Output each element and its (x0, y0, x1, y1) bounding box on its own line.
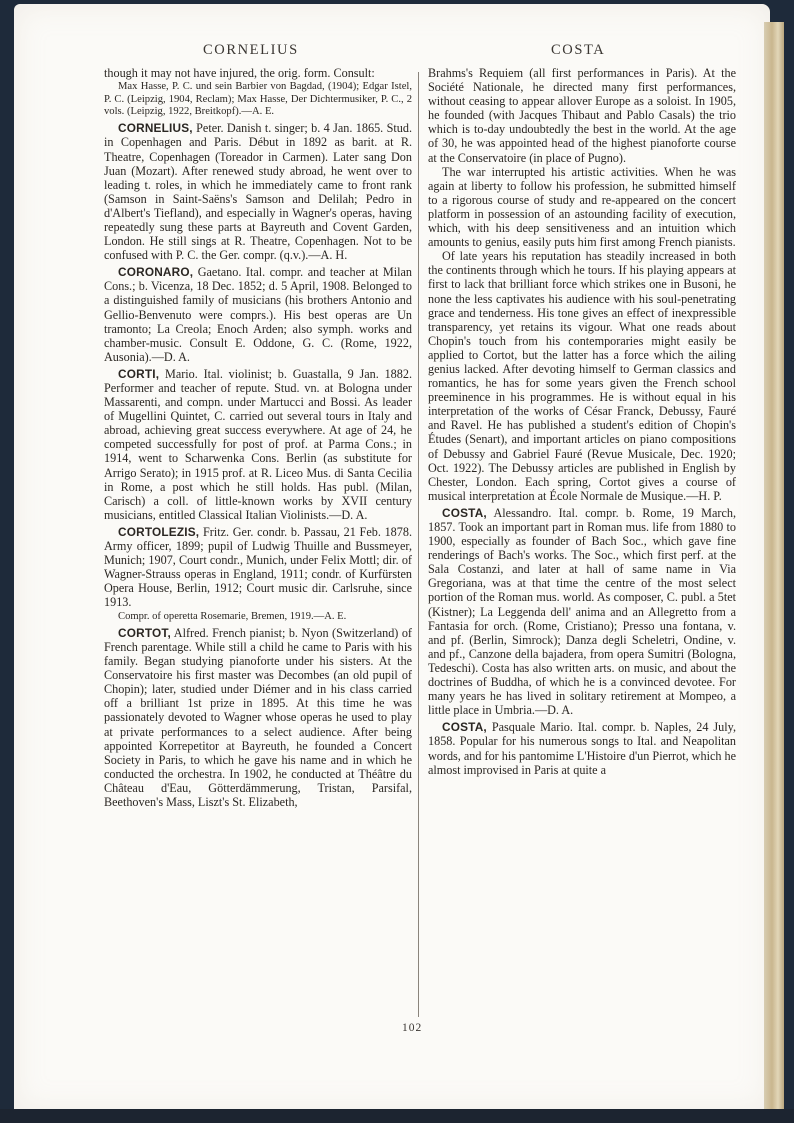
headword: CORTI, (118, 367, 159, 381)
column-divider (418, 72, 419, 1017)
headword: CORTOT, (118, 626, 171, 640)
running-head-right: COSTA (551, 42, 605, 59)
entry-coronaro: CORONARO, Gaetano. Ital. compr. and teac… (104, 265, 412, 364)
entry-cortot-continued: Brahms's Requiem (all first performances… (428, 66, 736, 165)
entry-cortolezis: CORTOLEZIS, Fritz. Ger. condr. b. Passau… (104, 525, 412, 610)
entry-cornelius: CORNELIUS, Peter. Danish t. singer; b. 4… (104, 121, 412, 262)
paragraph-continuation: though it may not have injured, the orig… (104, 66, 412, 80)
left-column: though it may not have injured, the orig… (104, 66, 412, 809)
entry-body: Mario. Ital. violinist; b. Guastalla, 9 … (104, 367, 412, 522)
book-page-edge-right (764, 22, 784, 1122)
headword: CORONARO, (118, 265, 193, 279)
entry-corti: CORTI, Mario. Ital. violinist; b. Guasta… (104, 367, 412, 522)
entry-body: Alessandro. Ital. compr. b. Rome, 19 Mar… (428, 506, 736, 717)
entry-body: Alfred. French pianist; b. Nyon (Switzer… (104, 626, 412, 809)
entry-note: Compr. of operetta Rosemarie, Bremen, 19… (104, 611, 412, 623)
headword: COSTA, (442, 720, 487, 734)
headword: COSTA, (442, 506, 487, 520)
entry-cortot-paragraph: Of late years his reputation has steadil… (428, 249, 736, 503)
entry-cortot: CORTOT, Alfred. French pianist; b. Nyon … (104, 626, 412, 809)
right-column: Brahms's Requiem (all first performances… (428, 66, 736, 777)
headword: CORTOLEZIS, (118, 525, 199, 539)
page-number: 102 (402, 1022, 422, 1034)
book-bottom-shadow (0, 1109, 794, 1123)
bibliography-note: Max Hasse, P. C. und sein Barbier von Ba… (104, 81, 412, 118)
headword: CORNELIUS, (118, 121, 193, 135)
entry-body: Peter. Danish t. singer; b. 4 Jan. 1865.… (104, 121, 412, 262)
entry-costa-alessandro: COSTA, Alessandro. Ital. compr. b. Rome,… (428, 506, 736, 717)
entry-costa-pasquale: COSTA, Pasquale Mario. Ital. compr. b. N… (428, 720, 736, 776)
entry-body: Gaetano. Ital. compr. and teacher at Mil… (104, 265, 412, 364)
entry-cortot-paragraph: The war interrupted his artistic activit… (428, 165, 736, 250)
running-head-left: CORNELIUS (203, 42, 299, 59)
running-head: CORNELIUS COSTA (0, 42, 794, 66)
